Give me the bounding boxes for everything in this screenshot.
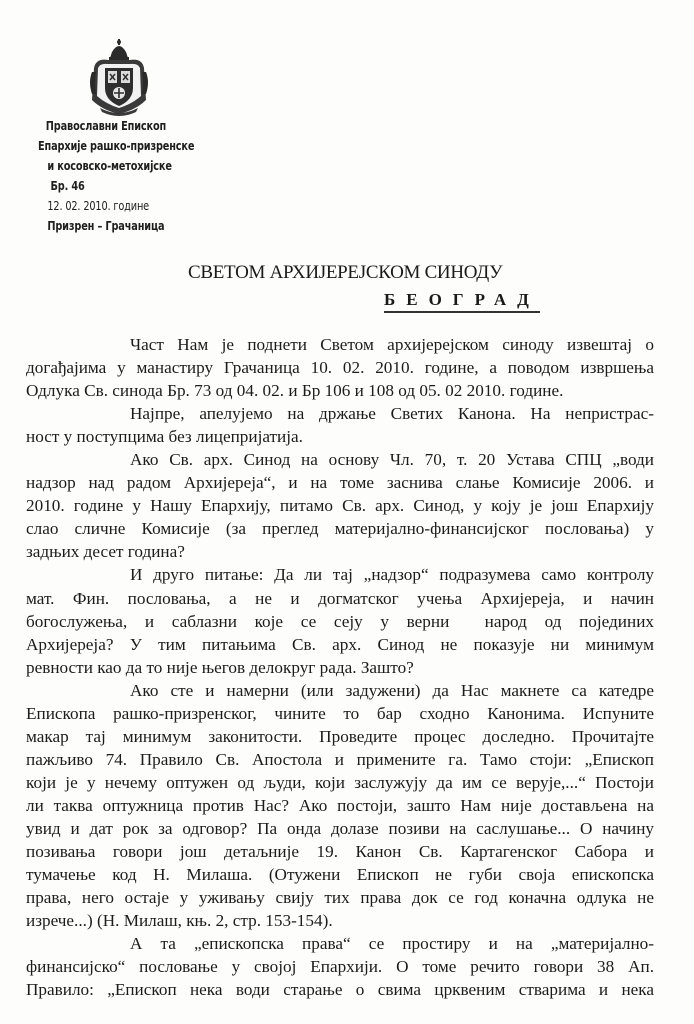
letter-body: Част Нам је поднети Светом архијерејском… [26, 333, 654, 1001]
text-line: Епископа рашко-призренског, чините то ба… [26, 702, 654, 725]
letterhead-title: Православни Епископ [38, 116, 194, 136]
paragraph: Ако сте и намерни (или задужени) да Нас … [26, 679, 654, 933]
coat-of-arms-icon [86, 38, 152, 118]
paragraph: И друго питање: Да ли тај „надзор“ подра… [26, 563, 654, 678]
text-line: Ако Св. арх. Синод на основу Чл. 70, т. … [26, 448, 654, 471]
text-line: ревности као да то није његов делокруг р… [26, 656, 654, 679]
text-line: права, него остаје у уживању свију тих п… [26, 886, 654, 909]
letterhead: Православни Епископ Епархије рашко-призр… [38, 116, 194, 236]
letterhead-diocese-2: и косовско-метохијске [38, 156, 194, 176]
text-line: догађајима у манастиру Грачаница 10. 02.… [26, 356, 654, 379]
text-line: позивања говори још детаљније 19. Канон … [26, 840, 654, 863]
paragraph: Ако Св. арх. Синод на основу Чл. 70, т. … [26, 448, 654, 563]
letterhead-date: 12. 02. 2010. године [38, 196, 194, 216]
text-line: пажљиво 74. Правило Св. Апостола и приме… [26, 748, 654, 771]
text-line: Ако сте и намерни (или задужени) да Нас … [26, 679, 654, 702]
text-line: мат. Фин. пословања, а не и догматског у… [26, 587, 654, 610]
paragraph: Најпре, апелујемо на држање Светих Канон… [26, 402, 654, 448]
text-line: макар тај минимум законитости. Проведите… [26, 725, 654, 748]
text-line: финансијско“ пословање у својој Епархији… [26, 955, 654, 978]
text-line: Част Нам је поднети Светом архијерејском… [26, 333, 654, 356]
text-line: увид и дат рок за одговор? Па онда долаз… [26, 817, 654, 840]
text-line: Правило: „Епископ нека води старање о св… [26, 978, 654, 1001]
text-line: изрече...) (Н. Милаш, књ. 2, стр. 153-15… [26, 909, 654, 932]
addressee-name: СВЕТОМ АРХИЈЕРЕЈСКОМ СИНОДУ [188, 262, 502, 284]
text-line: Најпре, апелујемо на држање Светих Канон… [26, 402, 654, 425]
text-line: тумачење код Н. Милаша. (Отужени Епископ… [26, 863, 654, 886]
paragraph: А та „епископска права“ се простиру и на… [26, 932, 654, 1001]
letterhead-place: Призрен – Грачаница [38, 216, 194, 236]
text-line: Архијереја? У тим питањима Св. арх. Сино… [26, 633, 654, 656]
text-line: А та „епископска права“ се простиру и на… [26, 932, 654, 955]
text-line: који је у нечему оптужен од људи, који з… [26, 771, 654, 794]
letterhead-number: Бр. 46 [38, 176, 194, 196]
document-page: Православни Епископ Епархије рашко-призр… [0, 0, 694, 1024]
text-line: ли таква оптужница против Нас? Ако посто… [26, 794, 654, 817]
text-line: Одлука Св. синода Бр. 73 од 04. 02. и Бр… [26, 379, 654, 402]
text-line: 2010. године у Нашу Епархију, питамо Св.… [26, 494, 654, 517]
paragraph: Част Нам је поднети Светом архијерејском… [26, 333, 654, 402]
text-line: ност у поступцима без лицепријатија. [26, 425, 654, 448]
text-line: надзор над радом Архијереја“, и на томе … [26, 471, 654, 494]
letterhead-diocese: Епархије рашко-призренске [38, 136, 194, 156]
text-line: богослужења, и саблазни које се сеју у в… [26, 610, 654, 633]
text-line: слао сличне Комисије (за преглед материј… [26, 517, 654, 540]
text-line: И друго питање: Да ли тај „надзор“ подра… [26, 563, 654, 586]
addressee-city: БЕОГРАД [384, 290, 540, 313]
text-line: задњих десет година? [26, 540, 654, 563]
